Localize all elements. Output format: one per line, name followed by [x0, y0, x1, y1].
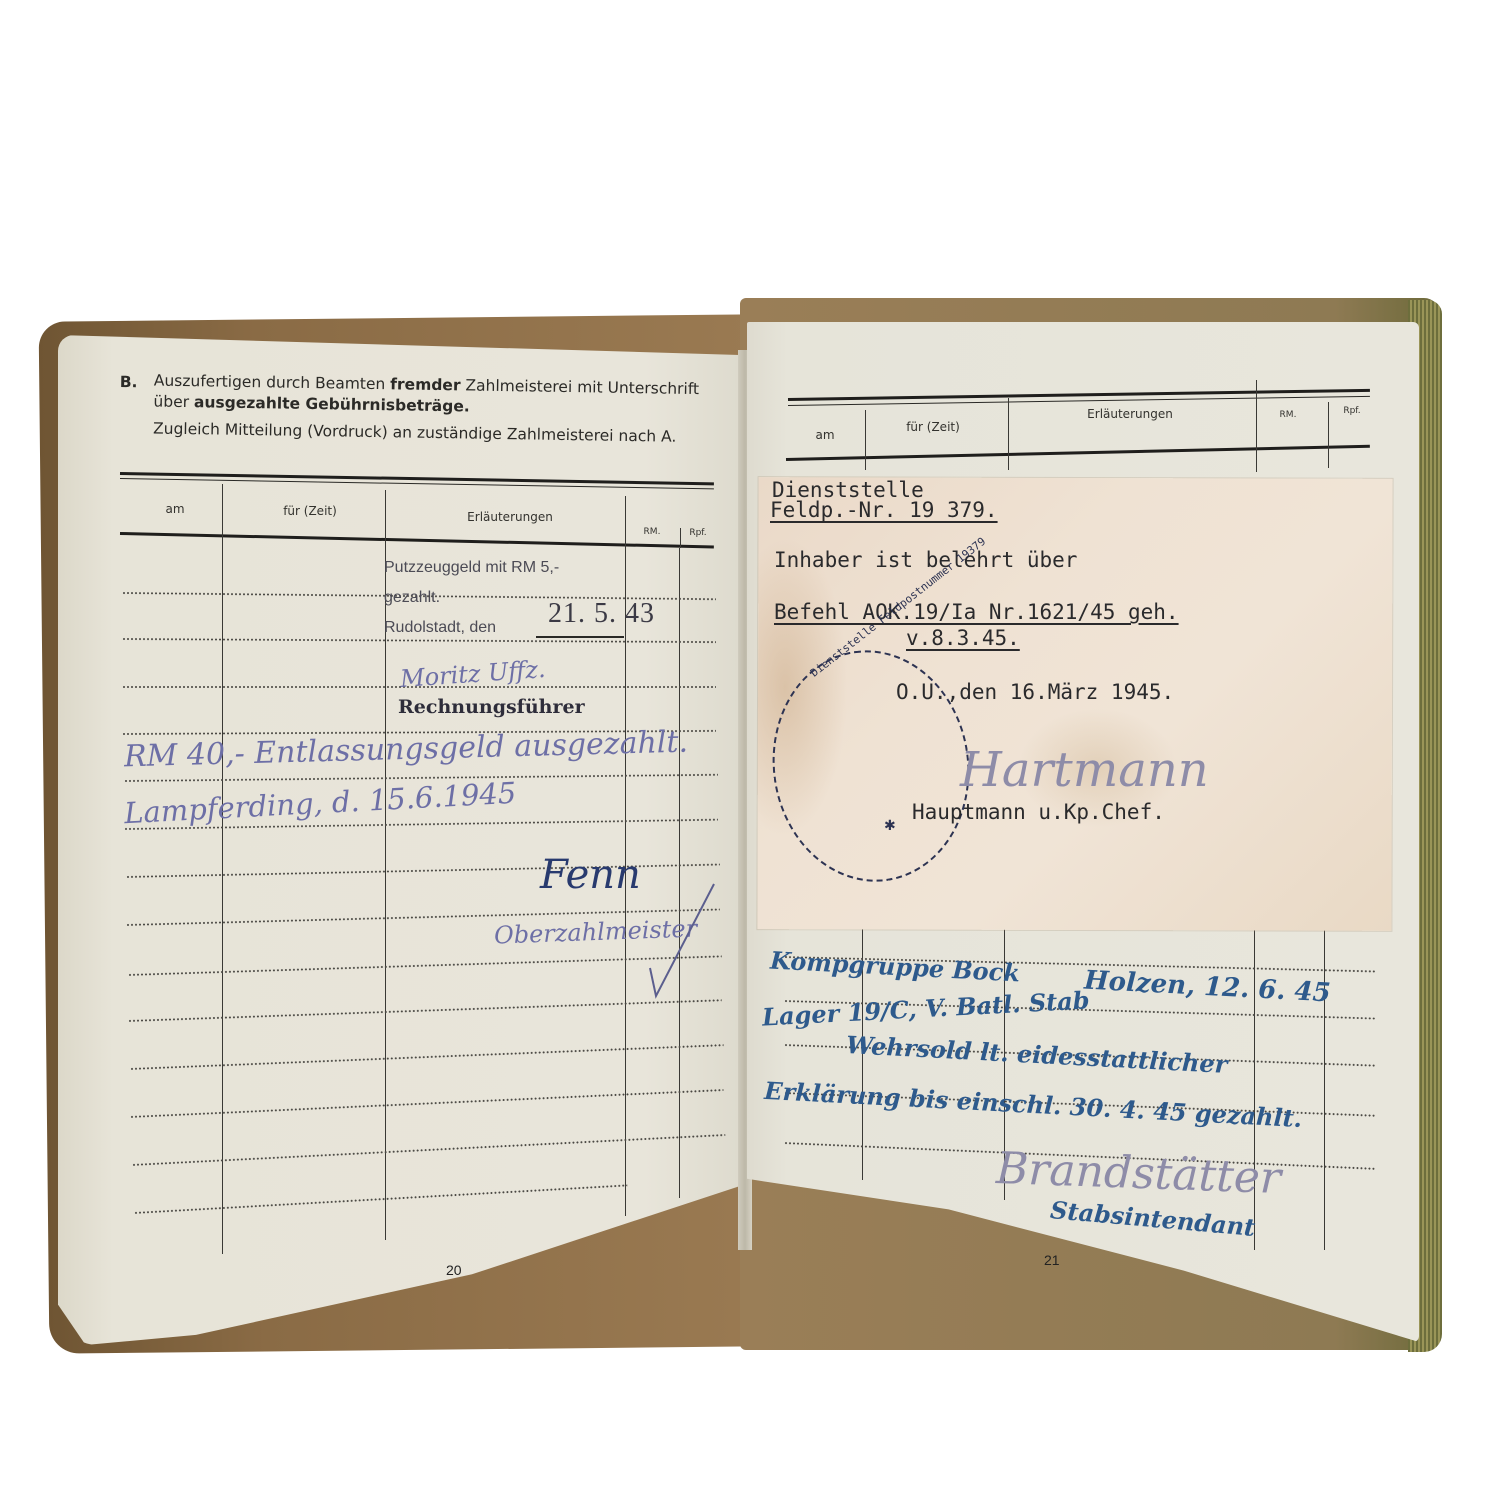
section-label: B. [120, 372, 138, 393]
slip-rank: Hauptmann u.Kp.Chef. [912, 800, 1165, 824]
check-mark-icon [648, 880, 718, 1000]
slip-signature-hauptmann: Hartmann [960, 742, 1209, 798]
col-fuer-zeit: für (Zeit) [878, 420, 988, 434]
col-am: am [800, 428, 850, 442]
stamp-line-2: gezahlt. [384, 584, 440, 612]
slip-befehl: Befehl AOK.19/Ia Nr.1621/45 geh. [774, 600, 1179, 624]
slip-belehrt: Inhaber ist belehrt über [774, 548, 1077, 572]
stamp-date: 21. 5. 43 [548, 598, 655, 630]
col-fuer-zeit: für (Zeit) [250, 504, 370, 518]
date-underline [536, 636, 624, 638]
stamp-line-3: Rudolstadt, den [384, 614, 496, 642]
col-divider [1256, 380, 1257, 472]
slip-feldpost-nr: Feldp.-Nr. 19 379. [770, 498, 998, 522]
page-number-left: 20 [446, 1262, 462, 1278]
col-rm: RM. [632, 527, 672, 537]
col-divider [679, 548, 680, 1198]
signature-oberzahlmeister: Fenn [540, 852, 641, 898]
col-divider [865, 410, 866, 470]
col-erlaeuterungen: Erläuterungen [1060, 407, 1200, 421]
signature-stabsintendant: Brandstätter [995, 1143, 1282, 1204]
col-erlaeuterungen: Erläuterungen [440, 510, 580, 524]
col-rm: RM. [1268, 410, 1308, 420]
col-am: am [150, 502, 200, 516]
col-divider [222, 484, 223, 1254]
col-divider [680, 528, 681, 548]
slip-place-date: O.U.,den 16.März 1945. [896, 680, 1174, 704]
slip-date-order: v.8.3.45. [906, 626, 1020, 650]
stamp-line-1: Putzzeuggeld mit RM 5,- [384, 554, 559, 582]
col-rpf: Rpf. [1334, 406, 1370, 416]
title-rechnungsfuehrer: Rechnungsführer [398, 696, 585, 718]
col-divider [1328, 402, 1329, 468]
col-divider [1008, 398, 1009, 470]
page-number-right: 21 [1044, 1252, 1060, 1268]
col-rpf: Rpf. [680, 528, 716, 538]
section-b-heading: B. Auszufertigen durch Beamten fremder Z… [119, 370, 720, 448]
seal-star-icon: ✱ [884, 818, 896, 834]
